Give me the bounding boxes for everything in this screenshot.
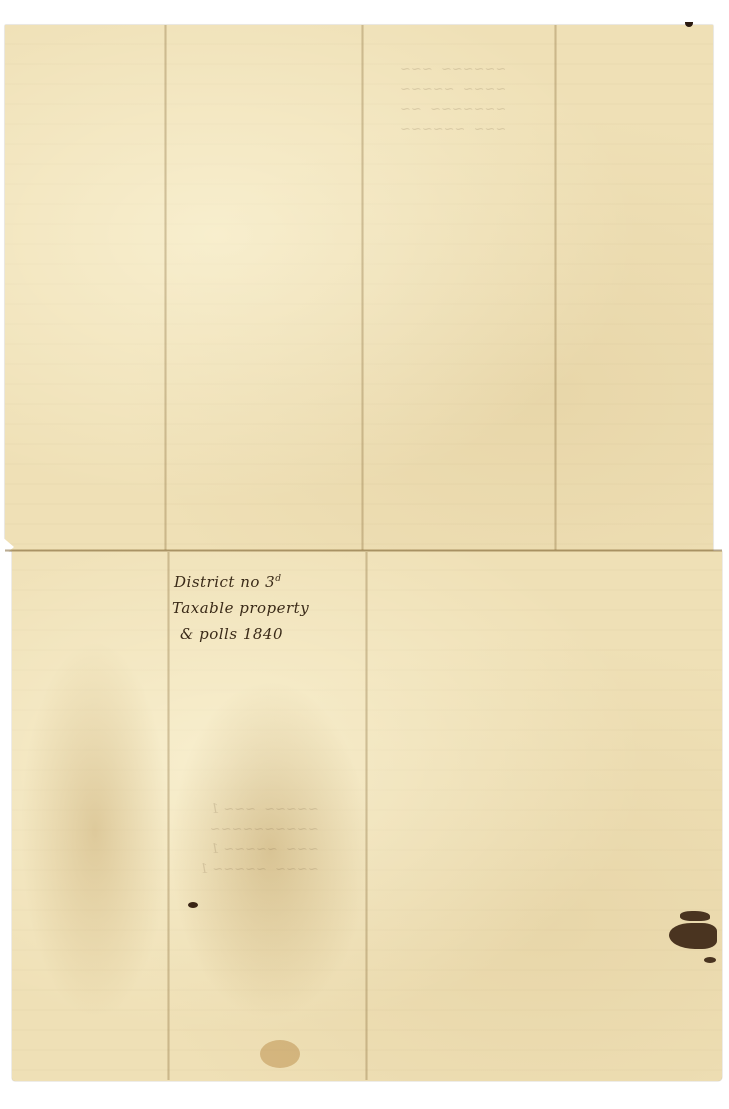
ink-blot-3 xyxy=(704,957,716,963)
upper-half-paper xyxy=(5,25,713,551)
docket-label: District no 3d Taxable property & polls … xyxy=(174,566,364,647)
ink-blot-2 xyxy=(669,923,717,949)
vertical-fold-upper-2 xyxy=(361,25,364,550)
ink-speck xyxy=(188,902,198,908)
ink-blot-1 xyxy=(680,911,710,921)
docket-line-polls: & polls 1840 xyxy=(180,621,364,647)
torn-notch xyxy=(0,535,14,559)
bleed-through-text-lower: ~~~~~ ~~~ 1 ~~~~~~~~~~ ~~~ ~~~~~ 1 ~~~~ … xyxy=(200,800,319,880)
small-stain xyxy=(260,1040,300,1068)
vertical-fold-upper-1 xyxy=(164,25,167,550)
vertical-fold-upper-3 xyxy=(554,25,557,550)
docket-line-district: District no 3d xyxy=(174,566,364,595)
bleed-through-text: ~~~~~~ ~~~ ~~~~ ~~~~~ ~~~~~~~ ~~ ~~~ ~~~… xyxy=(400,60,506,140)
water-stain-left xyxy=(20,640,170,1020)
district-text: District no 3 xyxy=(174,573,275,591)
docket-line-taxable: Taxable property xyxy=(172,595,364,621)
district-superscript: d xyxy=(275,574,281,584)
